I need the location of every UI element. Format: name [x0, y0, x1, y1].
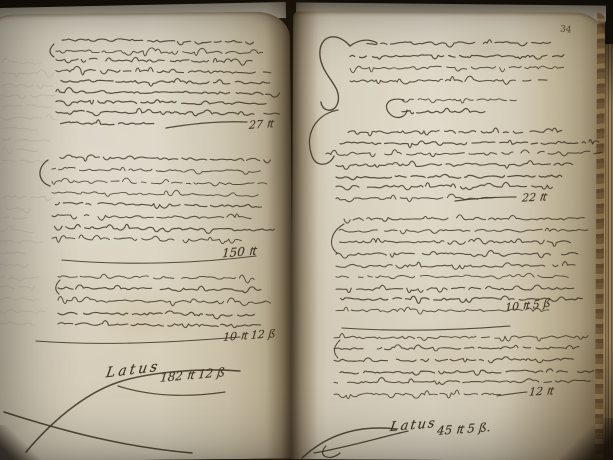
manuscript-line: [350, 66, 564, 72]
manuscript-line: [336, 250, 578, 258]
manuscript-line: [58, 285, 261, 293]
manuscript-line: [334, 345, 579, 351]
ink-flourish: [26, 370, 240, 452]
manuscript-line: [56, 48, 272, 56]
manuscript-line: [350, 55, 564, 59]
manuscript-line: [4, 196, 51, 201]
manuscript-line: [339, 228, 588, 233]
ink-flourish: [302, 428, 396, 458]
manuscript-line: [0, 276, 39, 281]
manuscript-line: [58, 296, 271, 305]
handwriting-overlay: [0, 0, 613, 460]
manuscript-line: [326, 150, 602, 157]
manuscript-line: [0, 322, 35, 325]
manuscript-line: [2, 95, 55, 99]
manuscript-line: [336, 194, 495, 202]
manuscript-line: [62, 39, 254, 45]
ink-flourish: [320, 37, 350, 110]
manuscript-line: [340, 369, 594, 375]
manuscript-line: [61, 120, 159, 125]
manuscript-line: [336, 262, 575, 270]
manuscript-line: [56, 66, 271, 74]
manuscript-photo: 34 27 ₶ 150 ₶ 10 ₶ 12 ß Latus 182 ₶ 12 ß…: [0, 0, 613, 460]
manuscript-line: [336, 285, 574, 293]
folio-number: 34: [560, 24, 572, 35]
manuscript-line: [2, 58, 41, 64]
manuscript-line: [2, 70, 53, 78]
manuscript-line: [367, 40, 551, 47]
manuscript-line: [58, 321, 261, 328]
manuscript-line: [402, 108, 485, 113]
manuscript-line: [52, 167, 260, 174]
manuscript-line: [340, 140, 599, 148]
manuscript-line: [55, 203, 261, 209]
ink-flourish: [56, 280, 60, 294]
manuscript-line: [0, 264, 28, 267]
manuscript-line: [52, 190, 258, 196]
manuscript-line: [402, 99, 517, 104]
manuscript-line: [2, 115, 57, 120]
amount-right-entry-1: 22 ₶: [521, 189, 547, 205]
manuscript-line: [348, 128, 562, 136]
manuscript-line: [336, 174, 562, 179]
manuscript-line: [334, 390, 501, 398]
manuscript-line: [55, 224, 275, 233]
manuscript-line: [60, 155, 270, 163]
manuscript-line: [2, 139, 49, 142]
manuscript-line: [0, 297, 40, 300]
manuscript-line: [61, 79, 270, 86]
manuscript-line: [58, 274, 262, 283]
ink-flourish: [118, 386, 225, 395]
manuscript-line: [344, 215, 584, 223]
ink-flourish: [166, 122, 247, 128]
ink-flourish: [310, 110, 338, 164]
manuscript-line: [336, 273, 568, 279]
manuscript-line: [56, 100, 272, 106]
ink-flourish: [36, 337, 240, 343]
amount-left-entry-1: 27 ₶: [249, 116, 274, 133]
manuscript-line: [52, 235, 241, 244]
manuscript-line: [350, 76, 547, 84]
manuscript-line: [56, 88, 280, 98]
manuscript-line: [52, 214, 256, 220]
ink-flourish: [40, 160, 50, 186]
amount-right-entry-3: 12 ₶: [528, 383, 554, 399]
manuscript-line: [58, 311, 254, 319]
manuscript-line: [2, 105, 51, 108]
manuscript-line: [0, 226, 33, 233]
ink-flourish: [350, 40, 377, 46]
manuscript-line: [0, 286, 34, 291]
manuscript-line: [334, 333, 588, 341]
ink-flourish: [497, 392, 527, 396]
ink-flourish: [342, 326, 510, 330]
manuscript-line: [0, 252, 25, 254]
manuscript-line: [2, 148, 43, 154]
manuscript-line: [340, 238, 571, 246]
manuscript-line: [0, 310, 47, 314]
ink-flourish: [50, 44, 54, 57]
manuscript-line: [56, 108, 279, 115]
ink-flourish: [334, 340, 340, 358]
ink-flourish: [332, 224, 344, 253]
manuscript-line: [4, 217, 27, 220]
manuscript-line: [5, 207, 30, 213]
amount-left-entry-2: 150 ₶: [222, 241, 257, 261]
manuscript-line: [56, 57, 252, 65]
manuscript-line: [0, 240, 43, 242]
manuscript-line: [336, 161, 573, 170]
shadow-corner-bottom-right: [558, 418, 613, 460]
manuscript-line: [334, 357, 573, 363]
manuscript-line: [2, 127, 38, 130]
shadow-corner-bottom-left: [0, 425, 42, 460]
manuscript-line: [2, 84, 53, 89]
manuscript-line: [336, 182, 552, 189]
manuscript-line: [52, 178, 267, 186]
